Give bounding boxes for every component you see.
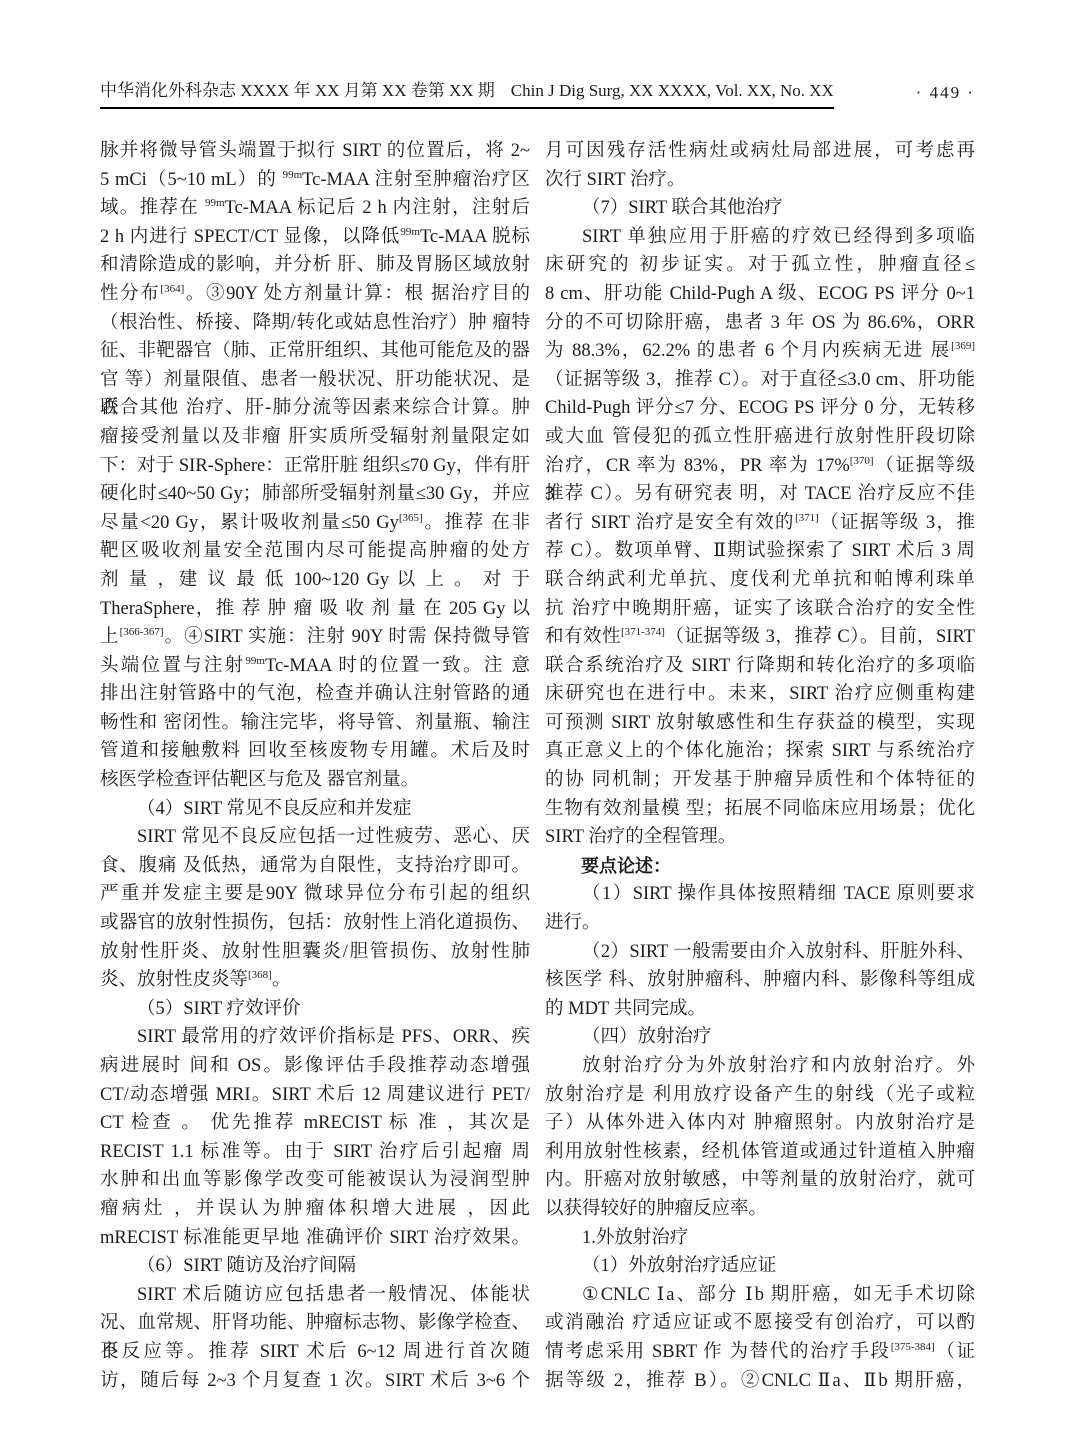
- text-line: 的 MDT 共同完成。: [545, 995, 975, 1024]
- text-line: 征、非靶器官（肺、正常肝组织、其他可能危及的器: [100, 337, 530, 366]
- text-line: mRECIST 标准能更早地 准确评价 SIRT 治疗效果。: [100, 1224, 530, 1253]
- text-line: 头端位置与注射99mTc-MAA 时的位置一致。注 意: [100, 652, 530, 681]
- superscript-reference: [368]: [248, 969, 272, 981]
- text-line: SIRT 治疗的全程管理。: [545, 823, 975, 852]
- text-line: 可预测 SIRT 放射敏感性和生存获益的模型，实现: [545, 709, 975, 738]
- text-line: 瘤病灶 ，并误认为肿瘤体积增大进展 ，因此: [100, 1195, 530, 1224]
- text-line: 访，随后每 2~3 个月复查 1 次。SIRT 术后 3~6 个: [100, 1367, 530, 1396]
- text-line: 严重并发症主要是90Y 微球异位分布引起的组织: [100, 880, 530, 909]
- text-line: （四）放射治疗: [545, 1023, 975, 1052]
- text-line: （1）SIRT 操作具体按照精细 TACE 原则要求: [545, 880, 975, 909]
- text-line: 放射治疗分为外放射治疗和内放射治疗。外: [545, 1052, 975, 1081]
- text-line: 瘤接受剂量以及非瘤 肝实质所受辐射剂量限定如: [100, 423, 530, 452]
- text-line: 食、腹痛 及低热，通常为自限性，支持治疗即可。: [100, 852, 530, 881]
- text-line: 月可因残存活性病灶或病灶局部进展，可考虑再: [545, 137, 975, 166]
- superscript-reference: [371-374]: [621, 626, 665, 638]
- text-line: 真正意义上的个体化施治；探索 SIRT 与系统治疗: [545, 737, 975, 766]
- text-line: 利用放射性核素，经机体管道或通过针道植入肿瘤: [545, 1138, 975, 1167]
- text-line: 放射治疗是 利用放疗设备产生的射线（光子或粒: [545, 1081, 975, 1110]
- text-line: 官 等）剂量限值、患者一般状况、肝功能状况、是否: [100, 366, 530, 395]
- text-line: 或消融治 疗适应证或不愿接受有创治疗，可以酌: [545, 1309, 975, 1338]
- text-line: 进行。: [545, 909, 975, 938]
- superscript-reference: [364]: [160, 283, 184, 295]
- journal-page: 中华消化外科杂志 XXXX 年 XX 月第 XX 卷第 XX 期 Chin J …: [0, 0, 1080, 1455]
- text-line: 炎、放射性皮炎等[368]。: [100, 966, 530, 995]
- text-line: 核医学 科、放射肿瘤科、肿瘤内科、影像科等组成: [545, 966, 975, 995]
- text-line: SIRT 常见不良反应包括一过性疲劳、恶心、厌: [100, 823, 530, 852]
- text-line: SIRT 术后随访应包括患者一般情况、体能状: [100, 1281, 530, 1310]
- article-body: 脉并将微导管头端置于拟行 SIRT 的位置后，将 2~5 mCi（5~10 mL…: [100, 137, 975, 1395]
- superscript-reference: 99m: [400, 226, 420, 238]
- text-line: 核医学检查评估靶区与危及 器官剂量。: [100, 766, 530, 795]
- text-line: 或大血 管侵犯的孤立性肝癌进行放射性肝段切除: [545, 423, 975, 452]
- text-line: 分的不可切除肝癌，患者 3 年 OS 为 86.6%，ORR: [545, 309, 975, 338]
- text-line: （根治性、桥接、降期/转化或姑息性治疗）肿 瘤特: [100, 309, 530, 338]
- text-line: 为 88.3%，62.2% 的患者 6 个月内疾病无进 展[369]: [545, 337, 975, 366]
- page-header: 中华消化外科杂志 XXXX 年 XX 月第 XX 卷第 XX 期 Chin J …: [100, 80, 975, 109]
- text-line: 治疗，CR 率为 83%，PR 率为 17%[370]（证据等级 3，: [545, 452, 975, 481]
- text-line: 5 mCi（5~10 mL）的 99mTc-MAA 注射至肿瘤治疗区: [100, 166, 530, 195]
- superscript-reference: 99m: [283, 168, 303, 180]
- text-line: 联合系统治疗及 SIRT 行降期和转化治疗的多项临: [545, 652, 975, 681]
- journal-title-zh: 中华消化外科杂志 XXXX 年 XX 月第 XX 卷第 XX 期: [100, 80, 495, 102]
- text-line: 和清除造成的影响，并分析 肝、肺及胃肠区域放射: [100, 251, 530, 280]
- text-line: CT/动态增强 MRI。SIRT 术后 12 周建议进行 PET/: [100, 1081, 530, 1110]
- text-line: 良反应等。推荐 SIRT 术后 6~12 周进行首次随: [100, 1338, 530, 1367]
- text-line: （1）外放射治疗适应证: [545, 1252, 975, 1281]
- text-line: 以获得较好的肿瘤反应率。: [545, 1195, 975, 1224]
- superscript-reference: [370]: [850, 454, 874, 466]
- text-line: 推荐 C）。另有研究表 明，对 TACE 治疗反应不佳: [545, 480, 975, 509]
- text-line: 剂 量 ，建 议 最 低 100~120 Gy 以 上 。 对 于: [100, 566, 530, 595]
- text-line: 联合其他 治疗、肝-肺分流等因素来综合计算。肿: [100, 394, 530, 423]
- text-line: 域。推荐在 99mTc-MAA 标记后 2 h 内注射，注射后: [100, 194, 530, 223]
- text-line: 抗 治疗中晚期肝癌，证实了该联合治疗的安全性: [545, 595, 975, 624]
- text-line: （4）SIRT 常见不良反应和并发症: [100, 795, 530, 824]
- right-column: 月可因残存活性病灶或病灶局部进展，可考虑再次行 SIRT 治疗。（7）SIRT …: [545, 137, 975, 1395]
- text-line: （2）SIRT 一般需要由介入放射科、肝脏外科、: [545, 938, 975, 967]
- text-line: 床研究的 初步证实。对于孤立性，肿瘤直径≤: [545, 251, 975, 280]
- text-line: 据等级 2，推荐 B）。②CNLC Ⅱa、Ⅱb 期肝癌，: [545, 1367, 975, 1396]
- text-line: 的协 同机制；开发基于肿瘤异质性和个体特征的: [545, 766, 975, 795]
- text-line: 下：对于 SIR-Sphere：正常肝脏 组织≤70 Gy，伴有肝: [100, 452, 530, 481]
- text-line: 硬化时≤40~50 Gy；肺部所受辐射剂量≤30 Gy，并应: [100, 480, 530, 509]
- text-line: 性分布[364]。③90Y 处方剂量计算：根 据治疗目的: [100, 280, 530, 309]
- superscript-reference: [375-384]: [891, 1341, 935, 1353]
- page-number: · 449 ·: [916, 82, 975, 109]
- text-line: 管道和接触敷料 回收至核废物专用罐。术后及时: [100, 737, 530, 766]
- text-line: 生物有效剂量模 型；拓展不同临床应用场景；优化: [545, 795, 975, 824]
- text-line: CT 检查 。 优先推荐 mRECIST 标 准 ，其次是: [100, 1109, 530, 1138]
- text-line: （6）SIRT 随访及治疗间隔: [100, 1252, 530, 1281]
- text-line: 1.外放射治疗: [545, 1224, 975, 1253]
- text-line: 2 h 内进行 SPECT/CT 显像，以降低99mTc-MAA 脱标: [100, 223, 530, 252]
- text-line: 8 cm、肝功能 Child-Pugh A 级、ECOG PS 评分 0~1: [545, 280, 975, 309]
- superscript-reference: [371]: [795, 512, 819, 524]
- text-line: 荐 C）。数项单臂、Ⅱ期试验探索了 SIRT 术后 3 周: [545, 537, 975, 566]
- section-heading-line: 要点论述：: [545, 852, 975, 881]
- text-line: 畅性和 密闭性。输注完毕，将导管、剂量瓶、输注: [100, 709, 530, 738]
- text-line: 情考虑采用 SBRT 作 为替代的治疗手段[375-384]（证: [545, 1338, 975, 1367]
- text-line: 病进展时 间和 OS。影像评估手段推荐动态增强: [100, 1052, 530, 1081]
- text-line: 次行 SIRT 治疗。: [545, 166, 975, 195]
- superscript-reference: [365]: [399, 512, 423, 524]
- text-line: 尽量<20 Gy，累计吸收剂量≤50 Gy[365]。推荐 在非: [100, 509, 530, 538]
- text-line: ①CNLC Ⅰa、部分 Ⅰb 期肝癌，如无手术切除: [545, 1281, 975, 1310]
- text-line: 床研究也在进行中。未来，SIRT 治疗应侧重构建: [545, 680, 975, 709]
- running-head: 中华消化外科杂志 XXXX 年 XX 月第 XX 卷第 XX 期 Chin J …: [100, 80, 834, 109]
- text-line: 况、血常规、肝肾功能、肿瘤标志物、影像学检查、不: [100, 1309, 530, 1338]
- text-line: RECIST 1.1 标准等。由于 SIRT 治疗后引起瘤 周: [100, 1138, 530, 1167]
- text-line: 者行 SIRT 治疗是安全有效的[371]（证据等级 3，推: [545, 509, 975, 538]
- text-line: Child-Pugh 评分≤7 分、ECOG PS 评分 0 分，无转移: [545, 394, 975, 423]
- journal-title-en: Chin J Dig Surg, XX XXXX, Vol. XX, No. X…: [511, 80, 834, 102]
- text-line: 放射性肝炎、放射性胆囊炎/胆管损伤、放射性肺: [100, 938, 530, 967]
- superscript-reference: [369]: [951, 340, 975, 352]
- text-line: 靶区吸收剂量安全范围内尽可能提高肿瘤的处方: [100, 537, 530, 566]
- text-line: 或器官的放射性损伤，包括：放射性上消化道损伤、: [100, 909, 530, 938]
- left-column: 脉并将微导管头端置于拟行 SIRT 的位置后，将 2~5 mCi（5~10 mL…: [100, 137, 530, 1395]
- text-line: 内。肝癌对放射敏感，中等剂量的放射治疗，就可: [545, 1166, 975, 1195]
- text-line: （5）SIRT 疗效评价: [100, 995, 530, 1024]
- text-line: 和有效性[371-374]（证据等级 3，推荐 C）。目前，SIRT: [545, 623, 975, 652]
- text-line: SIRT 最常用的疗效评价指标是 PFS、ORR、疾: [100, 1023, 530, 1052]
- text-line: 子）从体外进入体内对 肿瘤照射。内放射治疗是: [545, 1109, 975, 1138]
- text-line: 排出注射管路中的气泡，检查并确认注射管路的通: [100, 680, 530, 709]
- text-line: 上[366-367]。④SIRT 实施：注射 90Y 时需 保持微导管: [100, 623, 530, 652]
- text-line: TheraSphere，推 荐 肿 瘤 吸 收 剂 量 在 205 Gy 以: [100, 595, 530, 624]
- text-line: （7）SIRT 联合其他治疗: [545, 194, 975, 223]
- text-line: （证据等级 3，推荐 C）。对于直径≤3.0 cm、肝功能: [545, 366, 975, 395]
- superscript-reference: 99m: [245, 655, 265, 667]
- text-line: 联合纳武利尤单抗、度伐利尤单抗和帕博利珠单: [545, 566, 975, 595]
- superscript-reference: 99m: [205, 197, 225, 209]
- text-line: 水肿和出血等影像学改变可能被误认为浸润型肿: [100, 1166, 530, 1195]
- text-line: SIRT 单独应用于肝癌的疗效已经得到多项临: [545, 223, 975, 252]
- superscript-reference: [366-367]: [120, 626, 164, 638]
- text-line: 脉并将微导管头端置于拟行 SIRT 的位置后，将 2~: [100, 137, 530, 166]
